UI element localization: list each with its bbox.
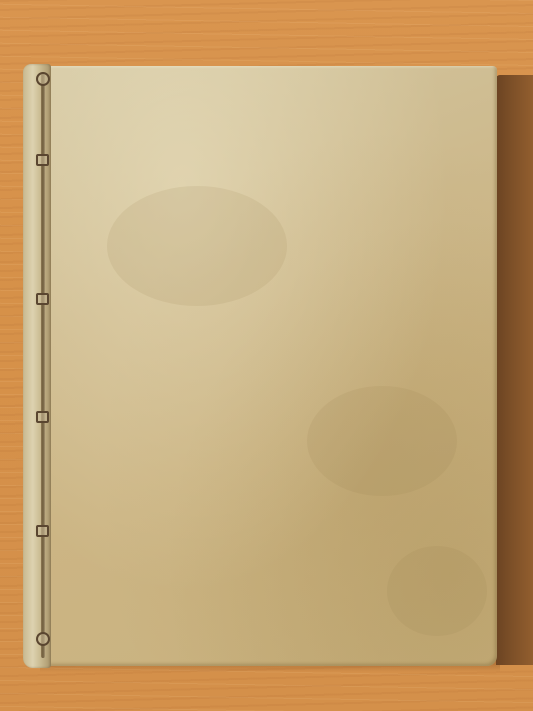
vellum-book: [23, 64, 498, 669]
spine-tie-icon: [36, 72, 50, 86]
book-front-cover: [47, 66, 497, 666]
cover-stain: [107, 186, 287, 306]
book-shadow-right: [496, 75, 533, 665]
spine-tie-icon: [36, 154, 49, 166]
spine-tie-icon: [36, 411, 49, 423]
cover-stain: [307, 386, 457, 496]
cover-stain: [387, 546, 487, 636]
spine-tie-icon: [36, 525, 49, 537]
spine-tie-icon: [36, 293, 49, 305]
book-spine: [23, 64, 51, 668]
spine-tie-icon: [36, 632, 50, 646]
